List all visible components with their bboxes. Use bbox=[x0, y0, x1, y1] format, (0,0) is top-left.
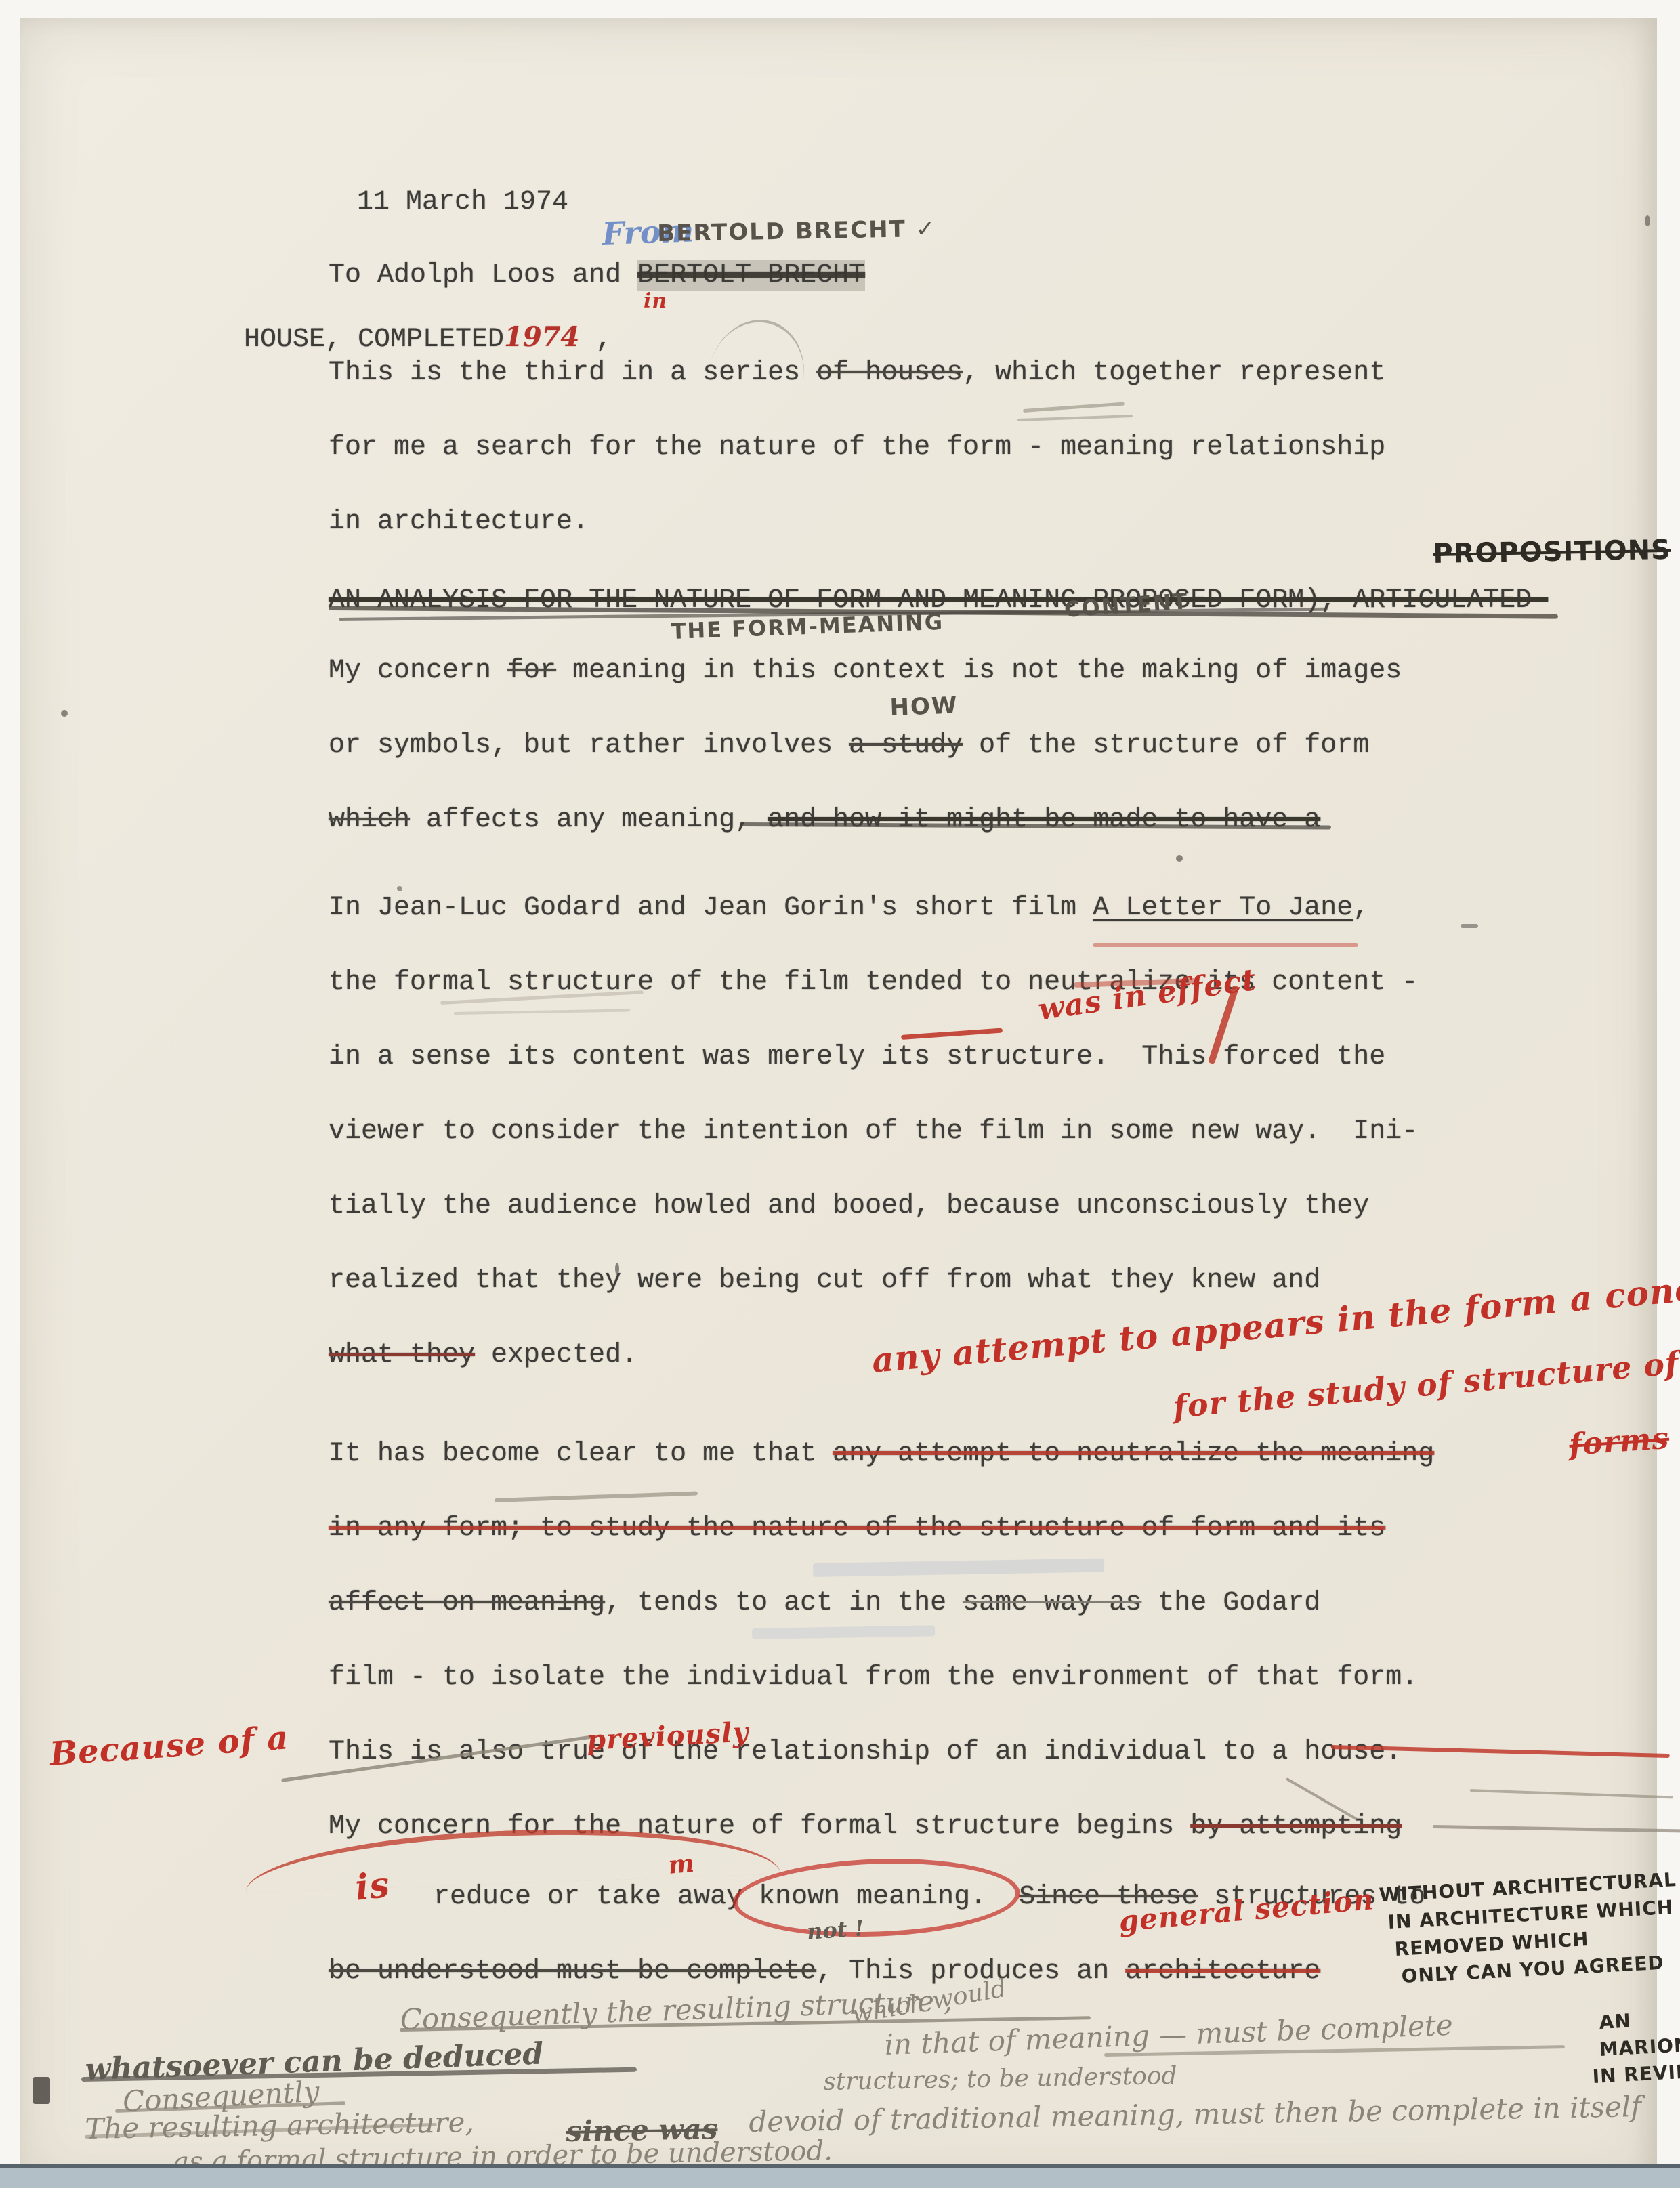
handwritten-annotation: Because of a bbox=[49, 1721, 290, 1771]
handwritten-annotation: AN bbox=[1599, 2012, 1632, 2032]
handwritten-annotation: Consequently the resulting structure , bbox=[400, 1987, 952, 2034]
handwritten-annotation: CONTENT bbox=[1064, 590, 1190, 620]
handwritten-annotation: is bbox=[354, 1868, 392, 1906]
handwritten-annotation: BERTOLD BRECHT ✓ bbox=[657, 217, 936, 245]
handwritten-annotation: THE FORM-MEANING bbox=[671, 611, 944, 642]
scanned-document: 11 March 1974To Adolph Loos and BERTOLT … bbox=[0, 0, 1680, 2188]
handwritten-annotation: m bbox=[667, 1851, 696, 1878]
handwritten-annotation: general section bbox=[1118, 1885, 1375, 1936]
handwritten-annotation: PROPOSITIONS bbox=[1433, 537, 1671, 568]
handwritten-annotation: REMOVED WHICH bbox=[1394, 1930, 1589, 1959]
handwritten-annotation: MARION bbox=[1599, 2036, 1680, 2059]
handwritten-annotation: in that of meaning — must be complete bbox=[884, 2011, 1453, 2059]
handwritten-annotation: was in effect bbox=[1036, 965, 1258, 1026]
handwritten-annotation: in bbox=[644, 291, 667, 312]
handwritten-annotation: structures; to be understood bbox=[823, 2064, 1177, 2095]
handwritten-annotation: HOW bbox=[889, 694, 959, 719]
scan-bottom-strip bbox=[0, 2164, 1680, 2188]
handwritten-annotation: forms bbox=[1568, 1424, 1671, 1460]
document-page: 11 March 1974To Adolph Loos and BERTOLT … bbox=[20, 18, 1657, 2188]
handwritten-annotations-layer: FromBERTOLD BRECHT ✓inHOWTHE FORM-MEANIN… bbox=[20, 18, 1657, 2188]
handwritten-annotation: not ! bbox=[806, 1917, 865, 1943]
handwritten-annotation: The resulting architecture, bbox=[85, 2108, 474, 2143]
handwritten-annotation: devoid of traditional meaning, must then… bbox=[749, 2092, 1641, 2137]
handwritten-annotation: IN REVIEW bbox=[1592, 2061, 1680, 2086]
handwritten-annotation: ONLY CAN YOU AGREED bbox=[1401, 1954, 1664, 1986]
handwritten-annotation: for the study of structure of bbox=[1172, 1347, 1680, 1423]
handwritten-annotation: previously bbox=[586, 1719, 749, 1754]
